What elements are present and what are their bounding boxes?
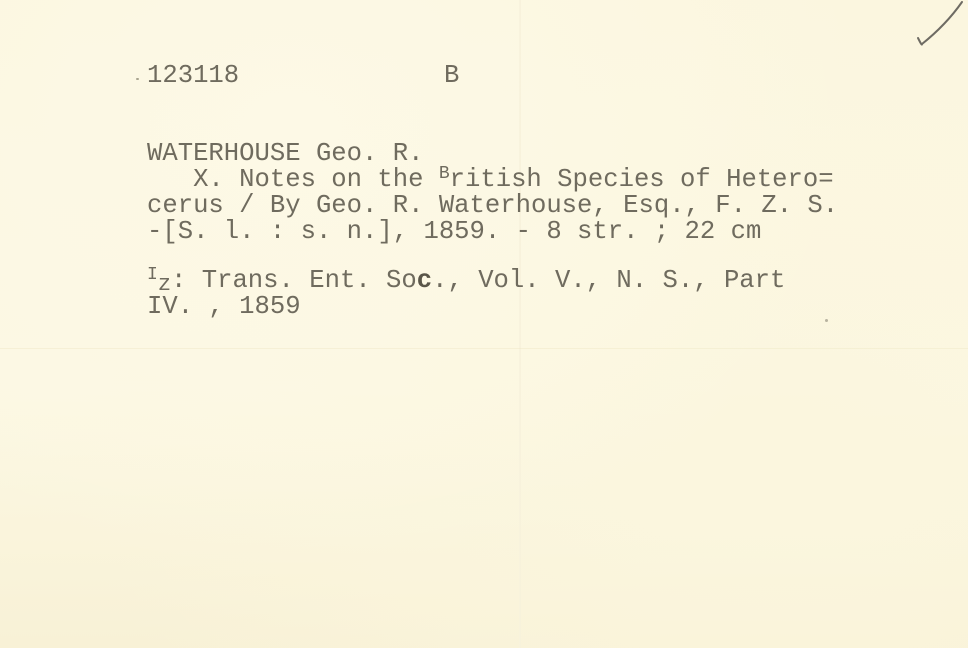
imprint-line: -[S. l. : s. n.], 1859. - 8 str. ; 22 cm xyxy=(147,219,761,245)
fold-crease-horizontal xyxy=(0,348,968,349)
source-line-2: IV. , 1859 xyxy=(147,294,301,320)
source-text-end: ., Vol. V., N. S., Part xyxy=(432,266,785,295)
source-prefix-super: I xyxy=(147,265,158,285)
accession-number: 123118 xyxy=(147,63,239,89)
catalog-card: 123118 B WATERHOUSE Geo. R. X. Notes on … xyxy=(0,0,968,648)
author-heading: WATERHOUSE Geo. R. xyxy=(147,141,423,167)
title-line-1-start: X. Notes on the xyxy=(147,165,439,194)
fold-crease-vertical xyxy=(519,0,521,648)
title-line-1-end: ritish Species of Hetero= xyxy=(450,165,834,194)
title-line-2: cerus / By Geo. R. Waterhouse, Esq., F. … xyxy=(147,193,838,219)
source-text-start: : Trans. Ent. So xyxy=(171,266,417,295)
pencil-check-mark-icon xyxy=(910,0,968,50)
shelf-mark: B xyxy=(444,63,459,89)
title-superscript-letter: B xyxy=(439,164,450,184)
ink-dot xyxy=(136,78,139,80)
paper-speck xyxy=(825,319,828,322)
source-overstrike-char: c xyxy=(417,266,432,295)
